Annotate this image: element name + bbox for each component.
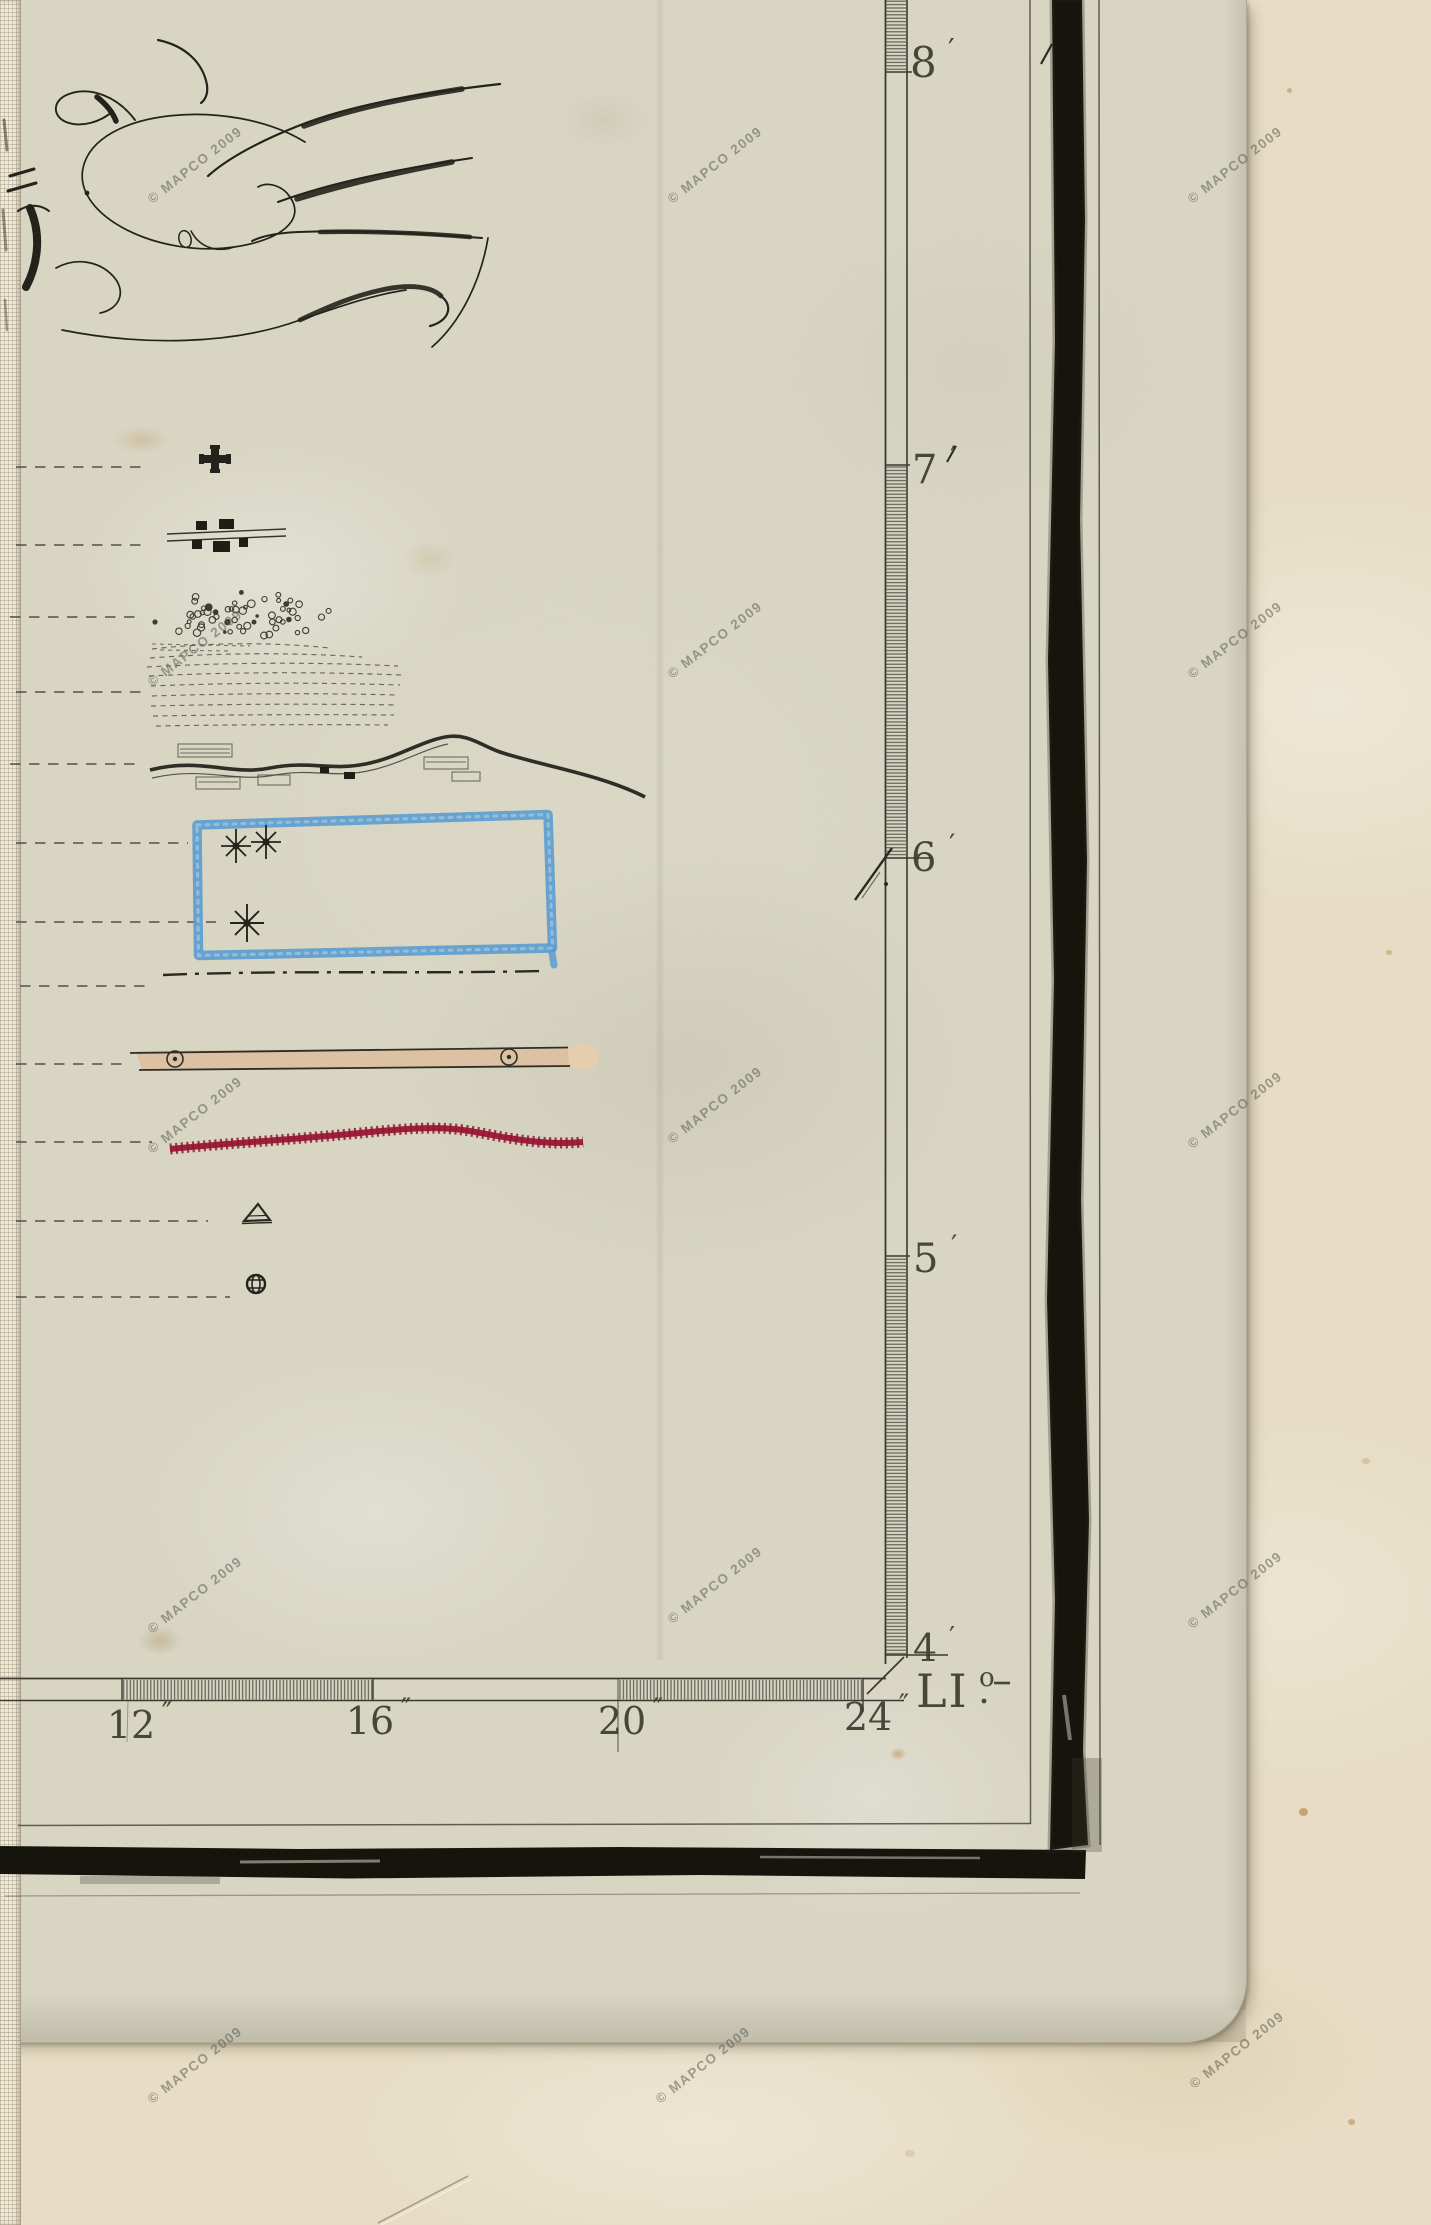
sheet-edge-shadow: [1224, 0, 1246, 2010]
scanned-map-page: 8 ′ 7 ′ 6 ′ 5 ′ 4 ′ 12 ″ 16 ″ 20 ″ 24 ″ …: [0, 0, 1431, 2225]
linen-backing-edge: [0, 0, 21, 2225]
sheet-fold-shadow: [0, 1992, 1246, 2042]
sheet-fold-line: [655, 0, 665, 1660]
map-sheet-paper: [0, 0, 1247, 2043]
